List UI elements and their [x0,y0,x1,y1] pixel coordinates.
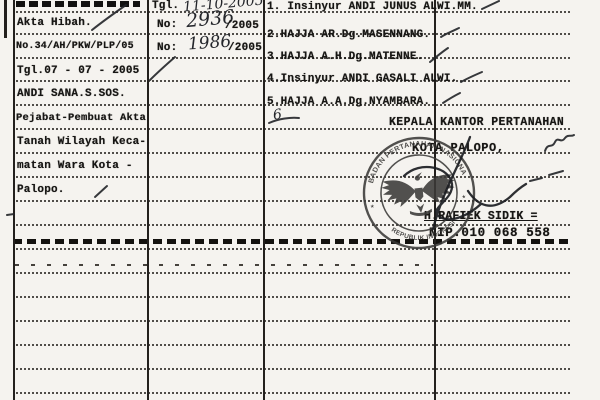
signature-mark [404,137,526,229]
pen-dash-2 [549,171,563,175]
tick-mark-party-2 [441,28,459,37]
tick-mark-deed-type [92,5,126,30]
scanned-deed-register-page: Akta Hibah. No.34/AH/PKW/PLP/05 Tgl.07 -… [0,0,600,400]
tick-mark-register [150,57,175,80]
handwriting-overlay [0,0,600,400]
paraph-flourish [545,135,574,151]
tick-mark-party-3 [430,48,448,62]
pen-dash-1 [530,178,542,181]
tick-mark-party-4 [461,72,482,82]
small-pen-dash [7,214,14,215]
tick-mark-city [95,186,107,197]
strike-through-line [269,118,299,123]
tick-mark-party-5 [443,93,460,103]
tick-mark-party-1 [482,1,499,9]
